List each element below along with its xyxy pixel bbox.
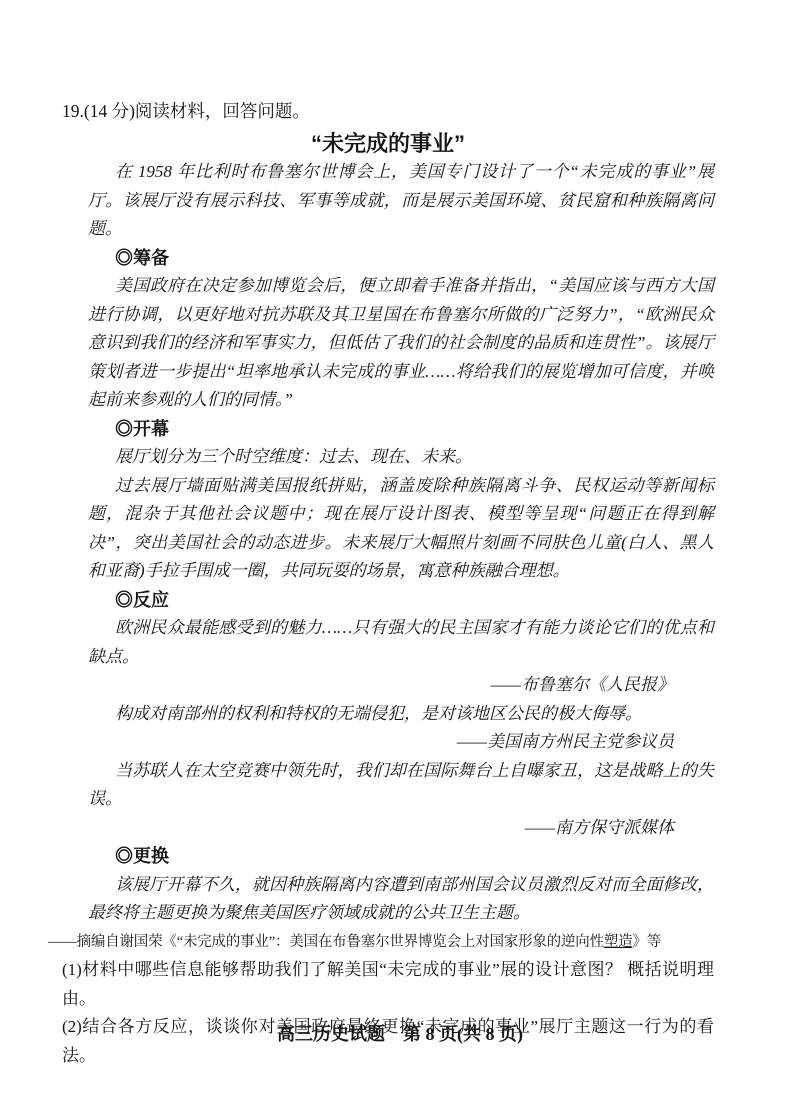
- quote-paragraph: 欧洲民众最能感受到的魅力……只有强大的民主国家才有能力谈论它们的优点和缺点。: [88, 614, 714, 671]
- section-heading-reaction: ◎反应: [115, 586, 714, 615]
- material-block: 在 1958 年比利时布鲁塞尔世博会上，美国专门设计了一个“未完成的事业”展厅。…: [88, 158, 714, 928]
- source-text-underlined: 塑造: [604, 934, 633, 950]
- section-heading-replacement: ◎更换: [115, 842, 714, 871]
- source-citation: ——摘编自谢国荣《“未完成的事业”：美国在布鲁塞尔世界博览会上对国家形象的逆向性…: [48, 928, 714, 957]
- material-paragraph: 美国政府在决定参加博览会后，便立即着手准备并指出，“美国应该与西方大国进行协调，…: [88, 272, 714, 415]
- question-number-line: 19.(14 分)阅读材料，回答问题。: [62, 97, 714, 126]
- source-text-before: ——摘编自谢国荣《“未完成的事业”：美国在布鲁塞尔世界博览会上对国家形象的逆向性: [48, 934, 604, 950]
- material-paragraph: 过去展厅墙面贴满美国报纸拼贴，涵盖废除种族隔离斗争、民权运动等新闻标题，混杂于其…: [88, 472, 714, 586]
- quote-attribution: ——布鲁塞尔《人民报》: [88, 671, 714, 700]
- material-paragraph: 展厅划分为三个时空维度：过去、现在、未来。: [88, 443, 714, 472]
- page-footer: 高三历史试题 第 8 页(共 8 页): [0, 1022, 800, 1046]
- material-paragraph: 该展厅开幕不久，就因种族隔离内容遭到南部州国会议员激烈反对而全面修改，最终将主题…: [88, 871, 714, 928]
- section-heading-opening: ◎开幕: [115, 415, 714, 444]
- material-title: “未完成的事业”: [62, 130, 714, 159]
- exam-content: 19.(14 分)阅读材料，回答问题。 “未完成的事业” 在 1958 年比利时…: [62, 97, 714, 1070]
- quote-attribution: ——美国南方州民主党参议员: [88, 728, 714, 757]
- intro-paragraph: 在 1958 年比利时布鲁塞尔世博会上，美国专门设计了一个“未完成的事业”展厅。…: [88, 158, 714, 244]
- quote-attribution: ——南方保守派媒体: [88, 814, 714, 843]
- section-heading-preparation: ◎筹备: [115, 244, 714, 273]
- quote-paragraph: 当苏联人在太空竞赛中领先时，我们却在国际舞台上自曝家丑，这是战略上的失误。: [88, 757, 714, 814]
- source-text-after: 》等: [632, 934, 661, 950]
- exam-page: 19.(14 分)阅读材料，回答问题。 “未完成的事业” 在 1958 年比利时…: [0, 0, 800, 1115]
- question-item-1: (1)材料中哪些信息能够帮助我们了解美国“未完成的事业”展的设计意图？ 概括说明…: [62, 956, 714, 1013]
- quote-paragraph: 构成对南部州的权利和特权的无端侵犯，是对该地区公民的极大侮辱。: [88, 700, 714, 729]
